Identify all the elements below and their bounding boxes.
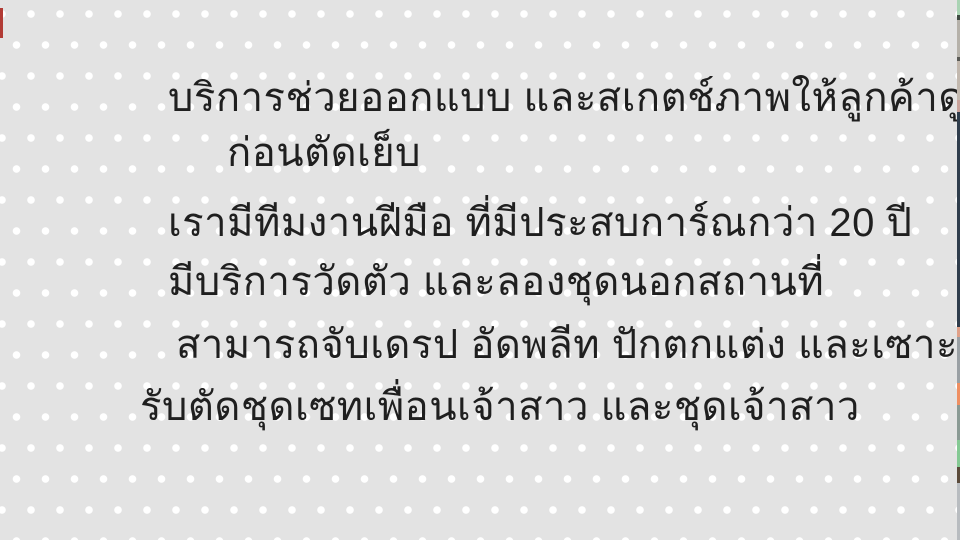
left-edge-red-mark <box>0 8 3 38</box>
slide-text-line-4: มีบริการวัดตัว และลองชุดนอกสถานที่ <box>168 256 824 308</box>
slide-text-line-5: สามารถจับเดรป อัดพลีท ปักตกแต่ง และเซาะล… <box>176 319 960 371</box>
slide-text-line-3: เรามีทีมงานฝีมือ ที่มีประสบการ์ณกว่า 20 … <box>168 197 912 249</box>
slide-text-line-6: รับตัดชุดเซทเพื่อนเจ้าสาว และชุดเจ้าสาว <box>140 381 860 433</box>
slide-text-line-2: ก่อนตัดเย็บ <box>227 127 421 179</box>
slide-background: บริการช่วยออกแบบ และสเกตช์ภาพให้ลูกค้าดู… <box>0 0 960 540</box>
slide-text-line-1: บริการช่วยออกแบบ และสเกตช์ภาพให้ลูกค้าดู <box>168 72 960 124</box>
